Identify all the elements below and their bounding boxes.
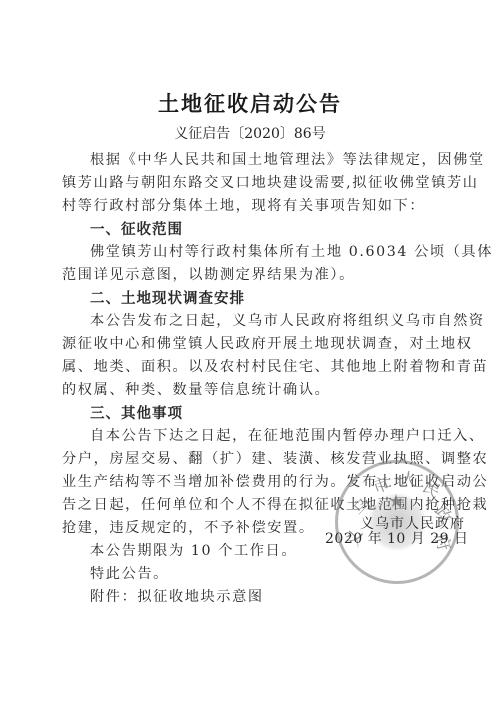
section-line: 源征收中心和佛堂镇人民政府开展土地现状调查，对土地权: [62, 333, 472, 353]
section-line: 分户，房屋交易、翻（扩）建、装潢、核发营业执照、调整农: [62, 448, 488, 468]
section-heading: 一、征收范围: [90, 218, 183, 239]
section-heading: 二、土地现状调查安排: [90, 287, 245, 308]
attachment-text: 附件：拟征收地块示意图: [90, 586, 264, 606]
section-line: 范围详见示意图，以勘测定界结果为准）。: [62, 264, 355, 284]
section-line: 的权属、种类、数量等信息统计确认。: [62, 379, 330, 399]
section-line: 抢建，违反规定的，不予补偿安置。: [62, 517, 315, 537]
closing-text: 特此公告。: [90, 563, 169, 583]
document-title: 土地征收启动公告: [0, 88, 500, 118]
seal-star-icon: ★: [388, 491, 404, 512]
period-text: 本公告期限为 10 个工作日。: [90, 540, 297, 560]
intro-line: 根据《中华人民共和国土地管理法》等法律规定，因佛堂: [90, 149, 485, 169]
document-date: 2020 年 10 月 29 日: [325, 528, 469, 548]
section-line: 自本公告下达之日起，在征地范围内暂停办理户口迁入、: [90, 425, 485, 445]
section-line: 本公告发布之日起，义乌市人民政府将组织义乌市自然资: [90, 310, 485, 330]
document-number: 义征启告〔2020〕86号: [0, 123, 500, 143]
section-line: 佛堂镇芳山村等行政村集体所有土地 0.6034 公顷（具体: [90, 241, 493, 261]
seal-char: 人: [399, 464, 418, 490]
intro-line: 村等行政村部分集体土地，现将有关事项告知如下：: [62, 195, 425, 215]
intro-line: 镇芳山路与朝阳东路交叉口地块建设需要,拟征收佛堂镇芳山: [62, 172, 479, 192]
section-heading: 三、其他事项: [90, 402, 183, 423]
section-line: 属、地类、面积。以及农村村民住宅、其他地上附着物和青苗: [62, 356, 488, 376]
